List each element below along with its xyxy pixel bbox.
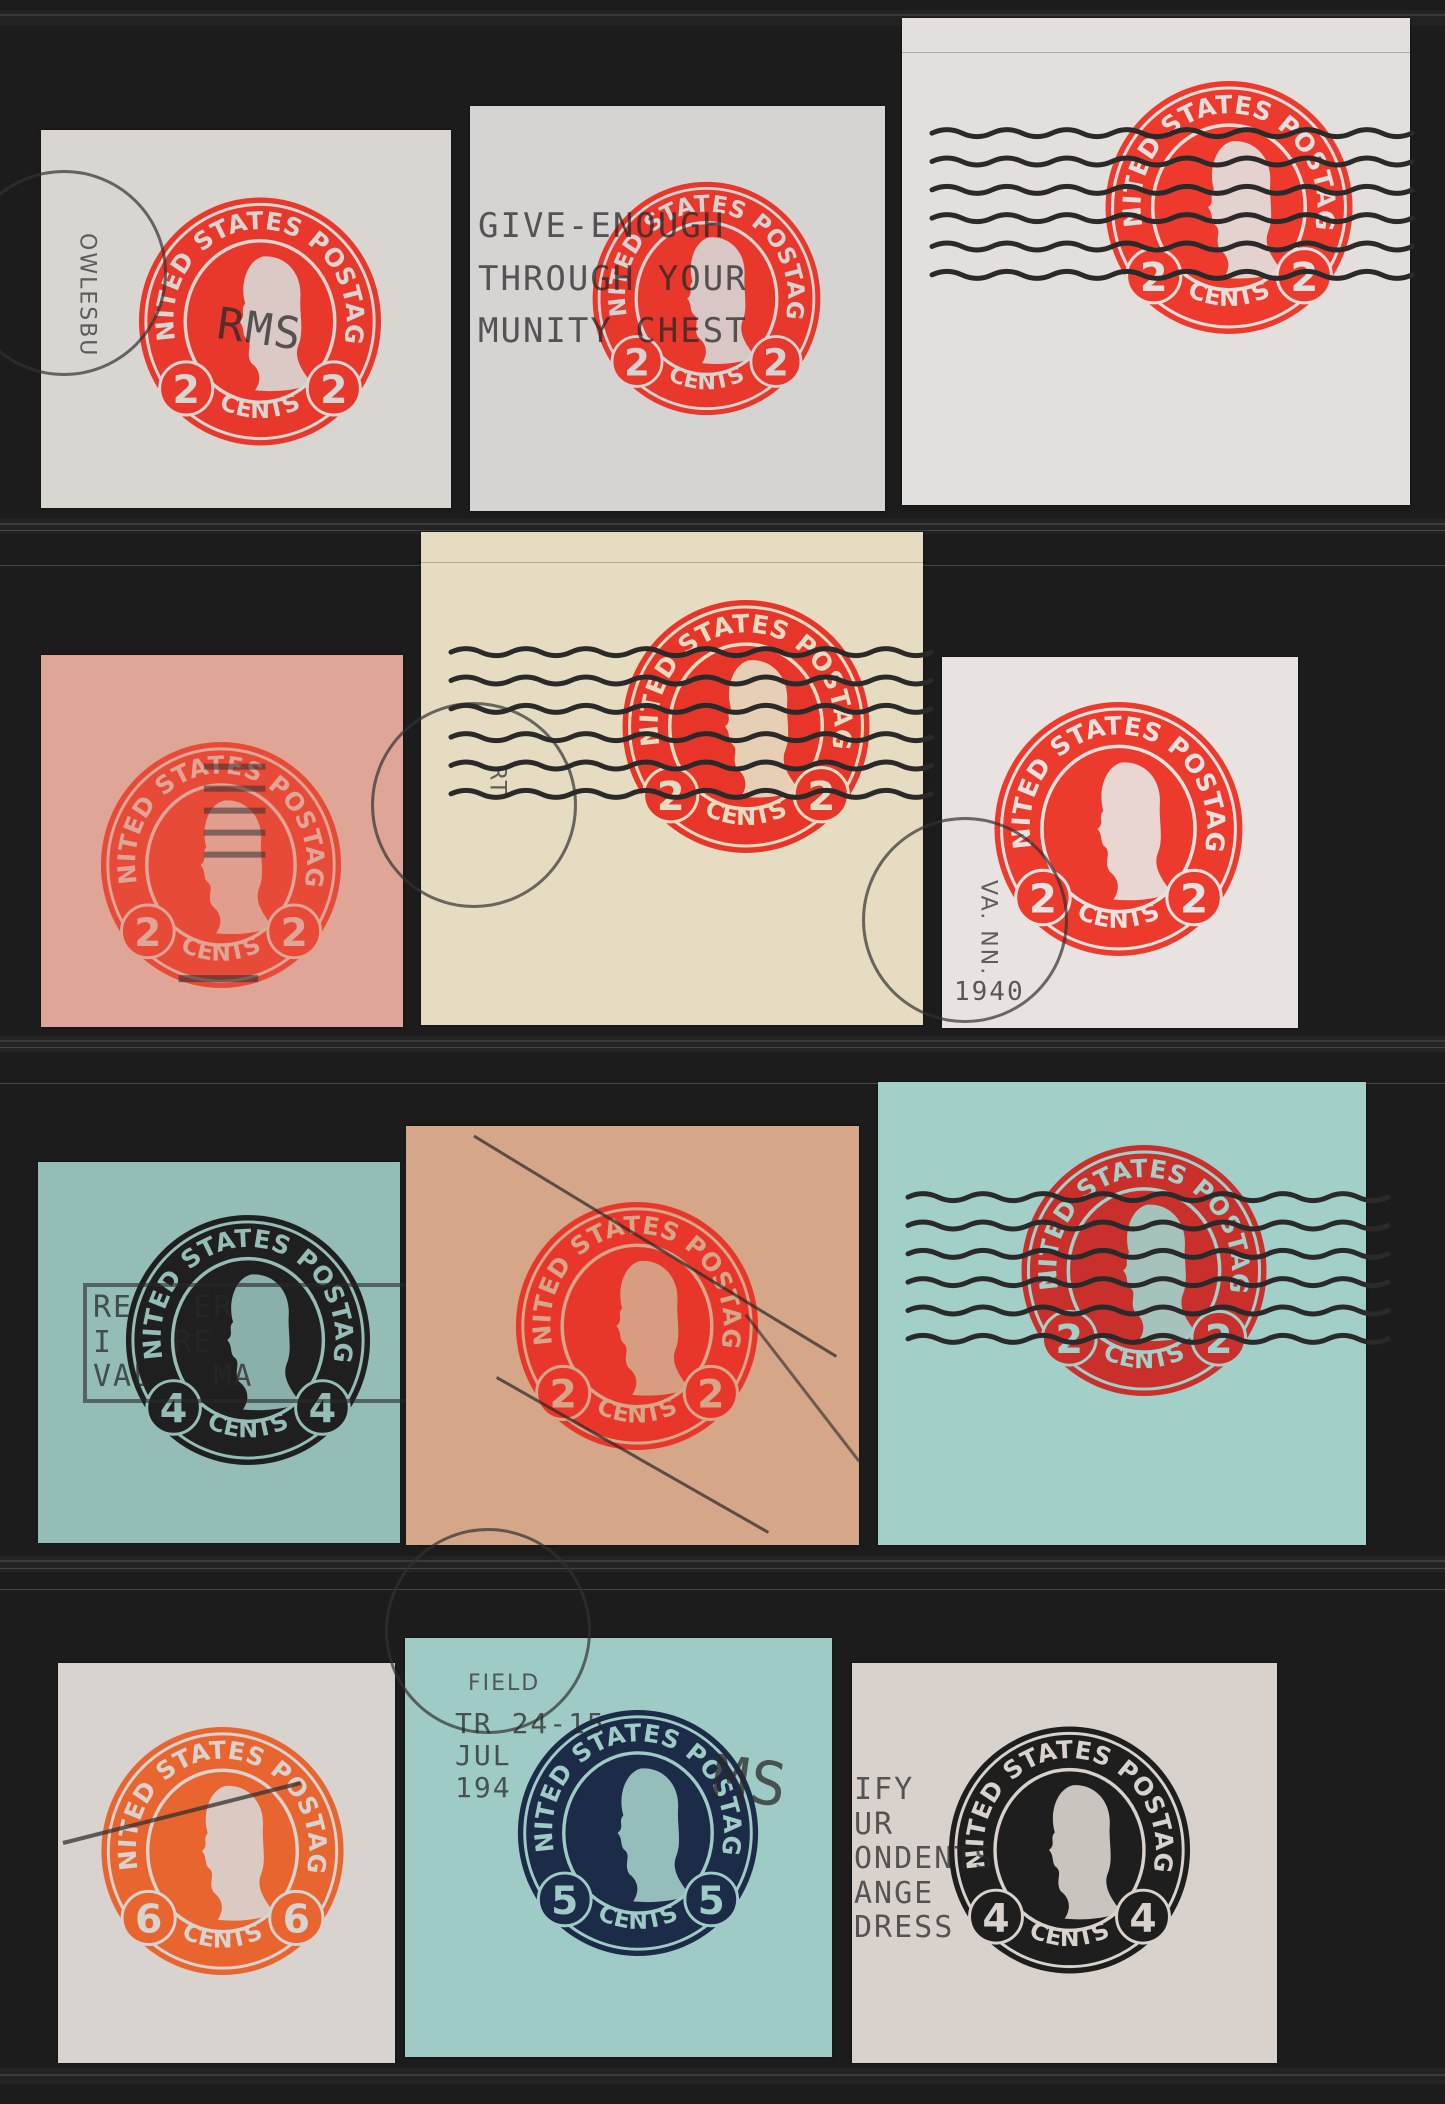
envelope-fold-line (421, 562, 923, 563)
svg-text:5: 5 (698, 1879, 725, 1924)
mount-strip-5 (0, 2068, 1445, 2084)
mount-strip-line (0, 1047, 1445, 1048)
mount-strip-line (0, 530, 1445, 531)
slogan-cancel-text: RE ER I RE VAL MA (83, 1283, 458, 1403)
wavy-line-cancel (451, 638, 923, 808)
postmark-date-text: 1940 (954, 978, 1025, 1008)
svg-text:2: 2 (173, 367, 200, 413)
cancel-marks (41, 655, 403, 1027)
postmark-town-text: FIELD (468, 1671, 540, 1696)
wavy-cancel-icon (908, 1183, 1366, 1353)
postmark-overprint-text: MS (708, 1743, 793, 1822)
mount-strip-line (0, 14, 1445, 16)
svg-text:2: 2 (320, 367, 347, 413)
mount-strip-line (0, 1589, 1445, 1590)
cancel-marks (406, 1126, 859, 1545)
cancel-marks (58, 1663, 395, 2063)
postmark-town-text: VA. NN. (975, 880, 1000, 976)
svg-text:2: 2 (763, 341, 789, 384)
mount-strip-3 (0, 1036, 1445, 1052)
wavy-line-cancel (908, 1183, 1366, 1353)
mount-strip-line (0, 2074, 1445, 2076)
slogan-cancel-text: IFY UR ONDENTS ANGE DRESS (854, 1773, 994, 1946)
svg-text:2: 2 (1180, 876, 1208, 923)
wavy-cancel-icon (451, 638, 923, 808)
wavy-cancel-icon (932, 119, 1410, 289)
wavy-line-cancel (932, 119, 1410, 289)
postmark-town-text: OWLESBU (74, 233, 99, 357)
mount-strip-line (0, 1040, 1445, 1042)
mount-strip-line (0, 1560, 1445, 1562)
mount-strip-line (0, 1568, 1445, 1569)
svg-text:4: 4 (1129, 1896, 1156, 1941)
mount-strip-line (0, 523, 1445, 525)
slogan-cancel-text: GIVE-ENOUGH THROUGH YOUR MUNITY CHEST (478, 200, 748, 358)
circular-date-stamp: FIELD (385, 1528, 591, 1734)
envelope-fold-line (902, 52, 1410, 53)
postmark-date-text: TR 24-15 JUL 194 (455, 1708, 606, 1805)
svg-text:5: 5 (551, 1879, 578, 1924)
mount-strip-4 (0, 1556, 1445, 1572)
